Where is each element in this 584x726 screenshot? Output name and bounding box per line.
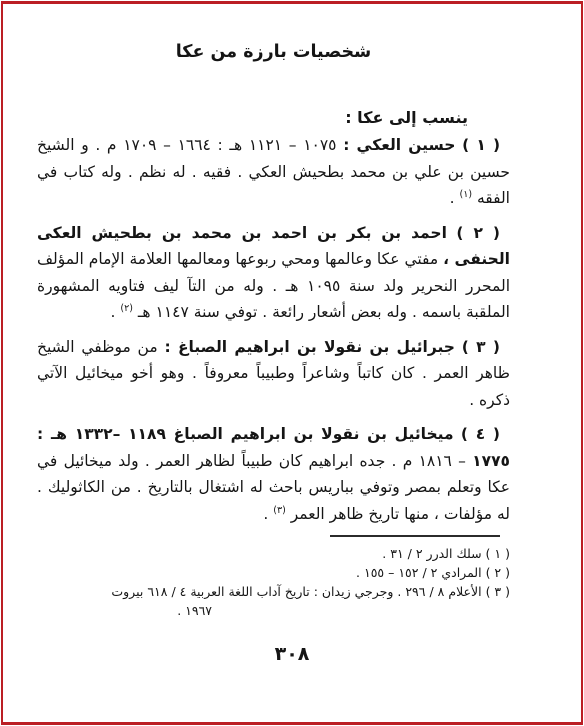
footnotes-block: ( ١ ) سلك الدرر ٢ / ٣١ . ( ٢ ) المرادي ٢… [37, 544, 510, 620]
footnote-1: ( ١ ) سلك الدرر ٢ / ٣١ . [37, 544, 510, 563]
entry-3-number: ( ٣ ) [462, 338, 500, 356]
entry-2: ( ٢ ) احمد بن بكر بن احمد بن محمد بن بطح… [37, 220, 510, 326]
footnote-2: ( ٢ ) المرادي ٢ / ١٥٢ – ١٥٥ . [37, 563, 510, 582]
section-heading: ينسب إلى عكا : [37, 108, 510, 127]
footnote-separator-rule [330, 535, 500, 537]
footnote-3: ( ٣ ) الأعلام ٨ / ٢٩٦ . وجرجي زيدان : تا… [37, 582, 510, 601]
entry-1-tail: . [450, 189, 460, 207]
entry-1-footnote-ref: (١) [459, 189, 472, 200]
page-title: شخصيات بارزة من عكا [37, 42, 510, 62]
entry-3: ( ٣ ) جبرائيل بن نقولا بن ابراهيم الصباغ… [37, 334, 510, 414]
footnote-3-continuation: ١٩٦٧ . [37, 601, 510, 620]
entry-3-name: جبرائيل بن نقولا بن ابراهيم الصباغ : [164, 338, 455, 356]
entry-1: ( ١ ) حسين العكي : ١٠٧٥ – ١١٢١ هـ : ١٦٦٤… [37, 132, 510, 212]
entry-2-tail: . [111, 303, 121, 321]
page-number: ٣٠٨ [0, 643, 584, 665]
entry-2-footnote-ref: (٢) [120, 303, 133, 314]
entry-4: ( ٤ ) ميخائيل بن نقولا بن ابراهيم الصباغ… [37, 421, 510, 527]
page-content: شخصيات بارزة من عكا ينسب إلى عكا : ( ١ )… [37, 0, 510, 620]
entry-4-tail: . [263, 505, 273, 523]
entry-4-footnote-ref: (٣) [273, 504, 286, 515]
entry-1-name: حسين العكي : [343, 136, 455, 154]
entry-2-number: ( ٢ ) [456, 224, 500, 242]
entry-4-number: ( ٤ ) [461, 425, 500, 443]
entry-2-text: مفتي عكا وعالمها ومحي ربوعها ومعالمها ال… [37, 250, 510, 321]
entry-1-number: ( ١ ) [462, 136, 500, 154]
